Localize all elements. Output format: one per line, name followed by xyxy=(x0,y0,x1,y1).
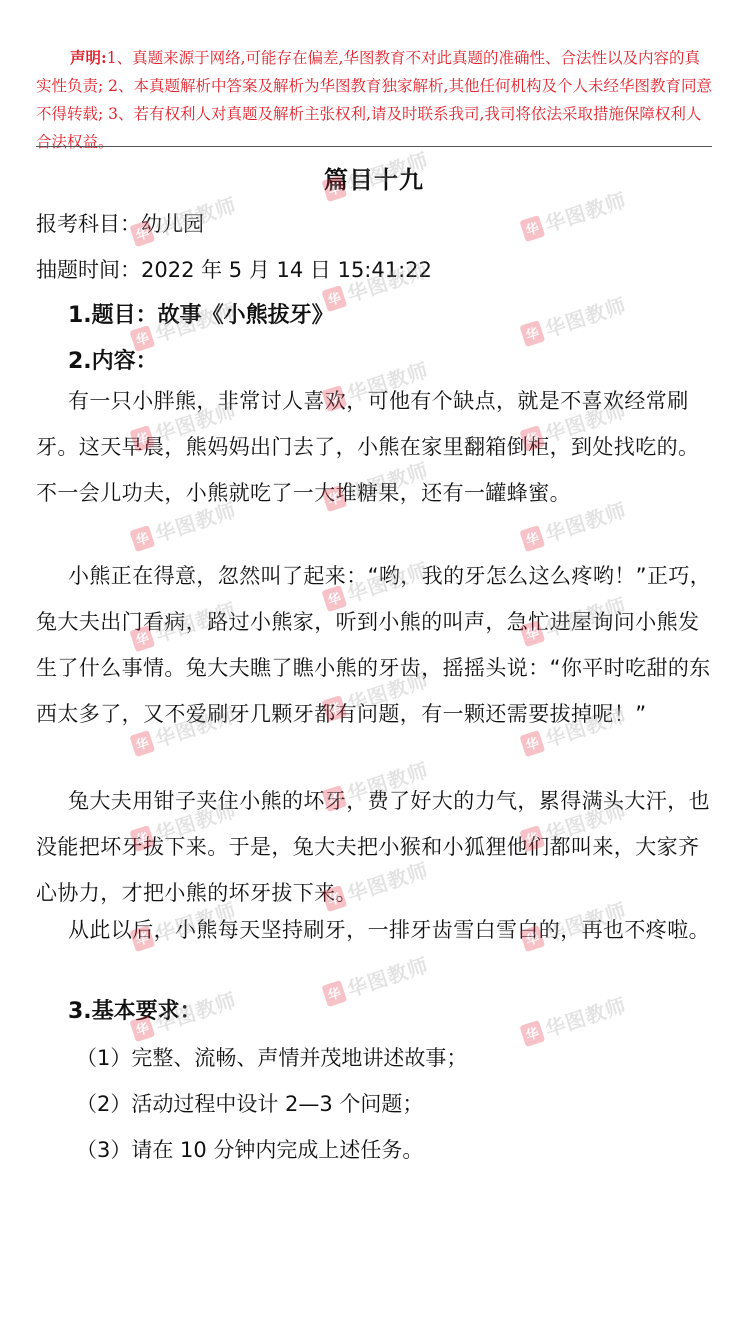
requirement-item: （2）活动过程中设计 2—3 个问题； xyxy=(76,1088,423,1118)
page-title: 篇目十九 xyxy=(0,160,748,195)
divider xyxy=(36,146,712,147)
requirement-item: （1）完整、流畅、声情并茂地讲述故事； xyxy=(76,1042,467,1072)
draw-time: 抽题时间：2022 年 5 月 14 日 15:41:22 xyxy=(36,254,432,284)
story-paragraph: 兔大夫用钳子夹住小熊的坏牙，费了好大的力气，累得满头大汗，也没能把坏牙拔下来。于… xyxy=(36,778,716,916)
watermark: 华华图教师 xyxy=(518,989,630,1050)
disclaimer-lead: 声明: xyxy=(70,48,107,67)
story-paragraph: 有一只小胖熊，非常讨人喜欢，可他有个缺点，就是不喜欢经常刷牙。这天早晨，熊妈妈出… xyxy=(36,378,716,516)
watermark-logo-icon: 华 xyxy=(519,320,545,347)
section-topic: 1.题目：故事《小熊拔牙》 xyxy=(68,298,334,329)
section-content: 2.内容： xyxy=(68,344,158,375)
section-requirements: 3.基本要求： xyxy=(68,994,202,1025)
watermark-logo-icon: 华 xyxy=(519,215,545,242)
story-paragraph: 从此以后，小熊每天坚持刷牙，一排牙齿雪白雪白的，再也不疼啦。 xyxy=(36,907,716,953)
story-paragraph: 小熊正在得意，忽然叫了起来：“哟，我的牙怎么这么疼哟！”正巧，兔大夫出门看病，路… xyxy=(36,553,716,737)
requirement-item: （3）请在 10 分钟内完成上述任务。 xyxy=(76,1134,423,1164)
disclaimer: 声明:1、真题来源于网络,可能存在偏差,华图教育不对此真题的准确性、合法性以及内… xyxy=(36,44,712,156)
watermark-logo-icon: 华 xyxy=(129,525,155,552)
exam-subject: 报考科目：幼儿园 xyxy=(36,208,204,238)
watermark: 华华图教师 xyxy=(320,949,432,1010)
disclaimer-body: 1、真题来源于网络,可能存在偏差,华图教育不对此真题的准确性、合法性以及内容的真… xyxy=(36,49,712,151)
watermark-logo-icon: 华 xyxy=(519,1020,545,1047)
watermark-logo-icon: 华 xyxy=(321,980,347,1007)
watermark: 华华图教师 xyxy=(518,289,630,350)
watermark-logo-icon: 华 xyxy=(519,525,545,552)
